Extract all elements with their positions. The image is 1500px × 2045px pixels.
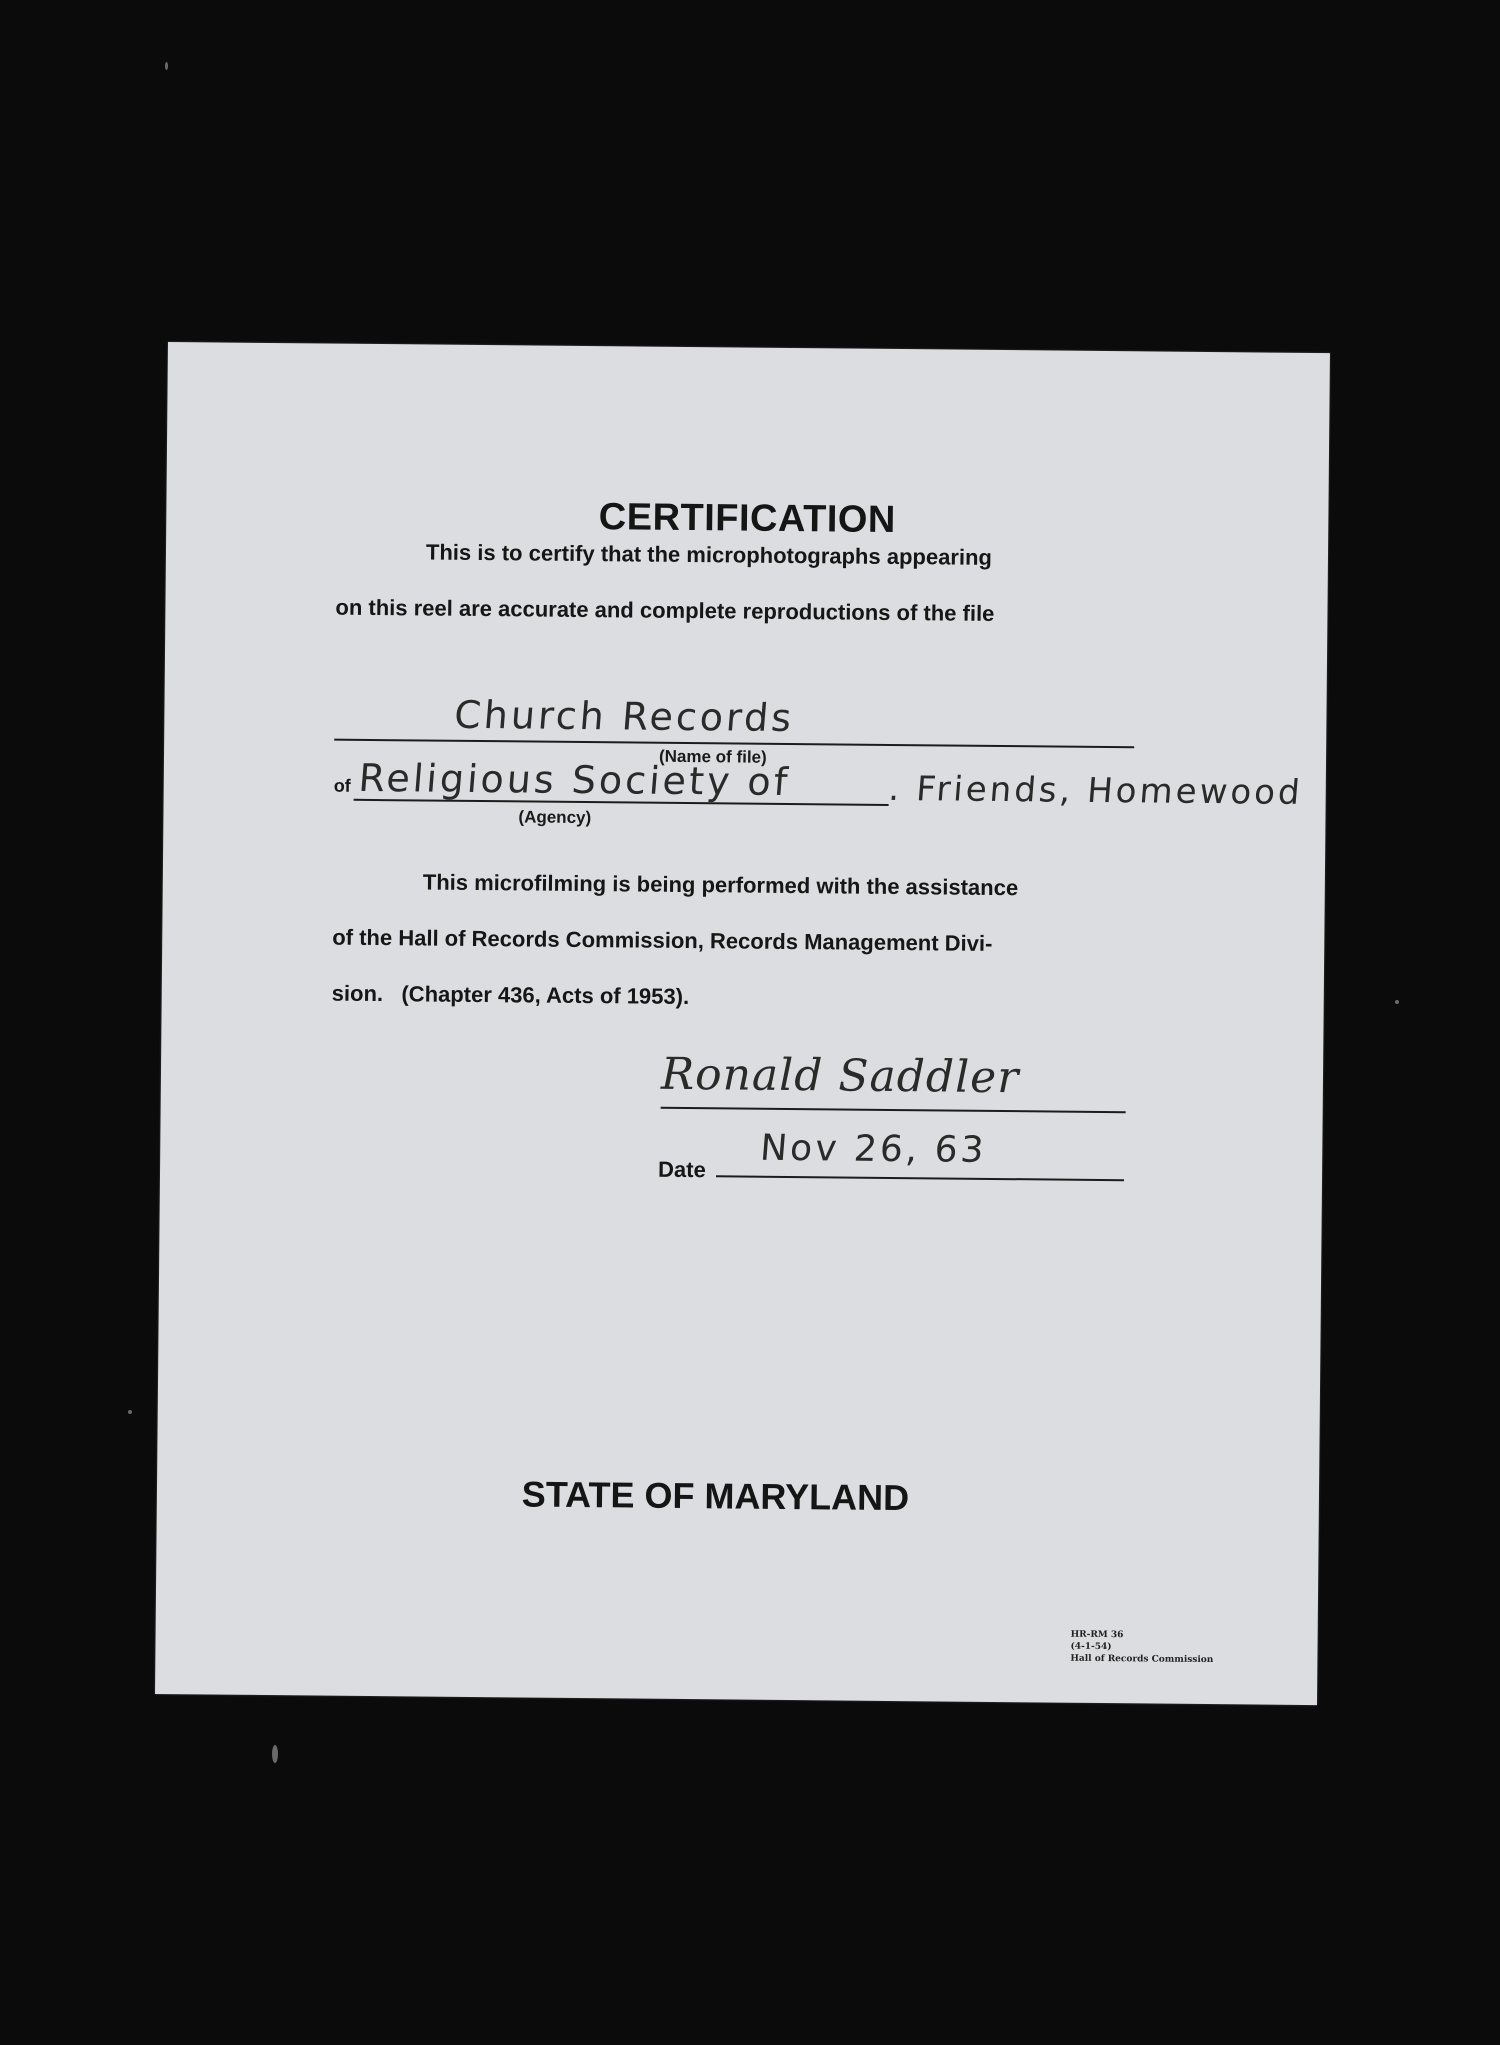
assistance-line-1: This microfilming is being performed wit… [333,854,1134,918]
assistance-line-2: of the Hall of Records Commission, Recor… [332,910,1133,974]
form-code: HR-RM 36 (4-1-54) Hall of Records Commis… [1070,1629,1213,1666]
film-speck [128,1410,132,1414]
agency-handwritten: Religious Society of [357,756,792,804]
agency-caption: (Agency) [518,807,591,828]
file-name-handwritten: Church Records [453,693,796,740]
certification-card: CERTIFICATION This is to certify that th… [155,342,1330,1705]
of-label: of [334,776,351,797]
assistance-paragraph: This microfilming is being performed wit… [331,854,1133,1030]
certify-paragraph: This is to certify that the microphotogr… [335,524,1136,644]
film-speck [1395,1000,1399,1004]
signature-handwritten: Ronald Saddler [661,1049,1020,1103]
agency-continuation-handwritten: . Friends, Homewood [887,769,1304,813]
date-line [716,1175,1124,1181]
date-label: Date [658,1157,706,1183]
assistance-line-3: sion. (Chapter 436, Acts of 1953). [331,966,1132,1030]
signature-line [661,1107,1126,1113]
certify-line-2: on this reel are accurate and complete r… [335,580,1136,644]
film-speck [165,62,168,70]
state-footer: STATE OF MARYLAND [157,1470,1319,1523]
date-handwritten: Nov 26, 63 [759,1128,988,1171]
film-speck [272,1745,278,1763]
form-issuer: Hall of Records Commission [1070,1653,1213,1666]
certify-line-1: This is to certify that the microphotogr… [336,524,1137,588]
